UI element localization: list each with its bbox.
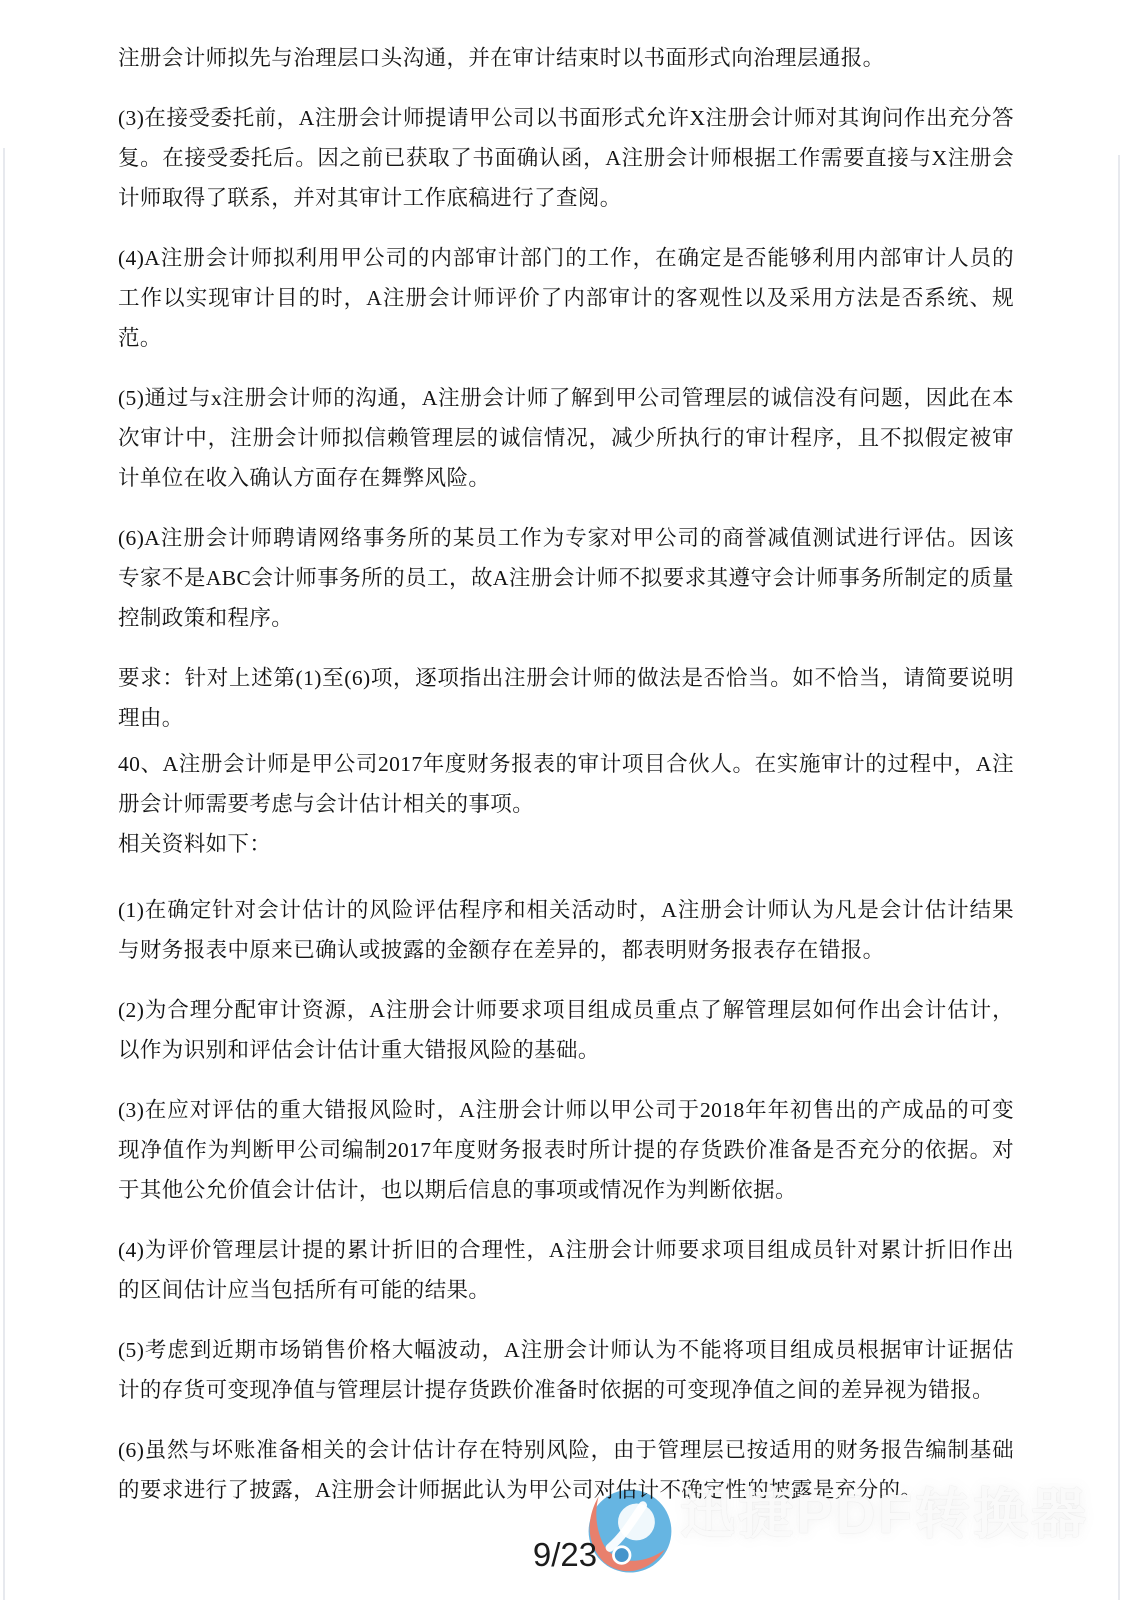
- para-item-3: (3)在接受委托前，A注册会计师提请甲公司以书面形式允许X注册会计师对其询问作出…: [118, 98, 1014, 218]
- para-item-6: (6)A注册会计师聘请网络事务所的某员工作为专家对甲公司的商誉减值测试进行评估。…: [118, 518, 1014, 638]
- watermark-text: 迅捷PDF转换器: [680, 1487, 1089, 1542]
- para-q40-item-5: (5)考虑到近期市场销售价格大幅波动，A注册会计师认为不能将项目组成员根据审计证…: [118, 1330, 1014, 1410]
- para-item-5: (5)通过与x注册会计师的沟通，A注册会计师了解到甲公司管理层的诚信没有问题，因…: [118, 378, 1014, 498]
- para-requirements: 要求：针对上述第(1)至(6)项，逐项指出注册会计师的做法是否恰当。如不恰当，请…: [118, 658, 1014, 738]
- para-q40-item-3: (3)在应对评估的重大错报风险时，A注册会计师以甲公司于2018年年初售出的产成…: [118, 1090, 1014, 1210]
- para-related-info: 相关资料如下：: [118, 824, 1014, 864]
- document-text-block: 注册会计师拟先与治理层口头沟通，并在审计结束时以书面形式向治理层通报。 (3)在…: [0, 0, 1130, 1510]
- para-question-40: 40、A注册会计师是甲公司2017年度财务报表的审计项目合伙人。在实施审计的过程…: [118, 744, 1014, 824]
- para-q40-item-1: (1)在确定针对会计估计的风险评估程序和相关活动时，A注册会计师认为凡是会计估计…: [118, 890, 1014, 970]
- document-page: { "document": { "paragraphs": [ { "text"…: [0, 0, 1130, 1600]
- para-item-4: (4)A注册会计师拟利用甲公司的内部审计部门的工作，在确定是否能够利用内部审计人…: [118, 238, 1014, 358]
- para-q40-item-4: (4)为评价管理层计提的累计折旧的合理性，A注册会计师要求项目组成员针对累计折旧…: [118, 1230, 1014, 1310]
- para-q40-item-2: (2)为合理分配审计资源，A注册会计师要求项目组成员重点了解管理层如何作出会计估…: [118, 990, 1014, 1070]
- para-continuation: 注册会计师拟先与治理层口头沟通，并在审计结束时以书面形式向治理层通报。: [118, 38, 1014, 78]
